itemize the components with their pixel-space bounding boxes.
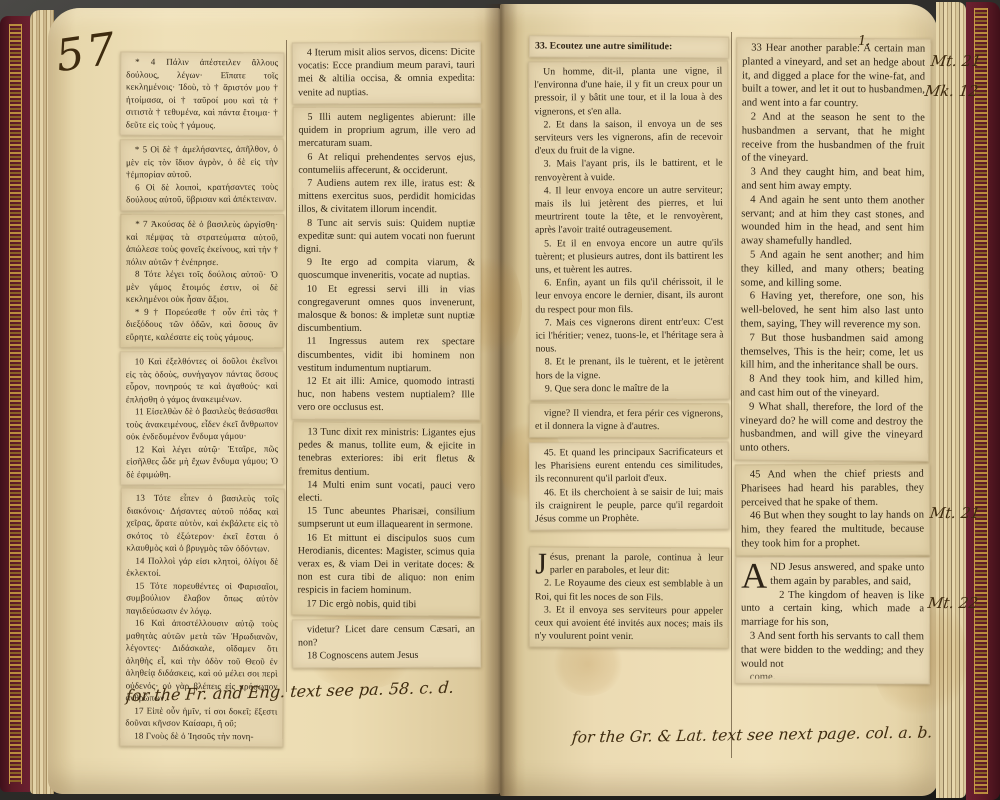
verse-paragraph: 4 Iterum misit alios servos, dicens: Dic… xyxy=(298,46,475,100)
pasted-clipping: 13 Τότε εἶπεν ὁ βασιλεὺς τοῖς διακόνοις·… xyxy=(119,487,285,747)
french-text-column: 33. Ecoutez une autre similitude: Un hom… xyxy=(529,36,729,648)
margin-note-matthew-21-mid: Mt. 21 xyxy=(929,504,982,522)
verse-paragraph: 9 What shall, therefore, the lord of the… xyxy=(740,400,923,456)
verse-paragraph: 10 Et egressi servi illi in vias congreg… xyxy=(298,282,475,335)
verse-paragraph: 6 Οἱ δὲ λοιποὶ, κρατήσαντες τοὺς δούλους… xyxy=(126,180,278,206)
verse-paragraph: 46. Et ils cherchoient à se saisir de lu… xyxy=(535,485,723,526)
verse-paragraph: 8 Τότε λέγει τοῖς δούλοις αὑτοῦ· Ὁ μὲν γ… xyxy=(126,267,278,305)
pasted-clipping: 4 Iterum misit alios servos, dicens: Dic… xyxy=(292,42,481,105)
pasted-clipping: 33. Ecoutez une autre similitude: xyxy=(529,35,729,58)
verse-paragraph: 17 Dic ergò nobis, quid tibi xyxy=(297,598,474,612)
margin-note-matthew-22: Mt. 22 xyxy=(927,594,980,612)
verse-paragraph: 5 Illi autem negligentes abierunt: ille … xyxy=(298,111,475,151)
section-heading: 33. Ecoutez une autre similitude: xyxy=(535,39,723,53)
pasted-clipping: AND Jesus answered, and spake unto them … xyxy=(735,556,930,684)
verse-paragraph: 46 But when they sought to lay hands on … xyxy=(741,509,924,551)
verse-paragraph: 2 And at the season he sent to the husba… xyxy=(742,110,925,166)
verse-group: 2 The kingdom of heaven is like unto a c… xyxy=(741,588,924,671)
verse-paragraph: 7. Mais ces vignerons dirent entr'eux: C… xyxy=(535,316,723,357)
verse-paragraph: 14 Multi enim sunt vocati, pauci vero el… xyxy=(298,479,475,506)
verse-paragraph: 4 And again he sent unto them another se… xyxy=(741,193,924,249)
verse-paragraph: 13 Tunc dixit rex ministris: Ligantes ej… xyxy=(298,426,475,480)
verse-paragraph: 3. Mais l'ayant pris, ils le battirent, … xyxy=(535,157,723,184)
column-rule-right-page xyxy=(731,32,732,758)
verse-paragraph: 6. Enfin, ayant un fils qu'il chérissoit… xyxy=(535,276,723,317)
drop-cap-letter: J xyxy=(535,550,550,576)
greek-text-column: * 4 Πάλιν ἀπέστειλεν ἄλλους δούλους, λέγ… xyxy=(120,52,284,747)
verse-paragraph: 5. Et il en envoya encore un autre qu'il… xyxy=(535,236,723,277)
verse-paragraph: 8 And they took him, and killed him, and… xyxy=(740,373,923,402)
pasted-clipping: 10 Καὶ ἐξελθόντες οἱ δοῦλοι ἐκεῖνοι εἰς … xyxy=(120,350,285,485)
book-gutter xyxy=(484,4,518,796)
verse-paragraph: Jésus, prenant la parole, continua à leu… xyxy=(535,550,723,578)
verse-paragraph: 2. Et dans la saison, il envoya un de se… xyxy=(534,118,722,159)
verse-text: ND Jesus answered, and spake unto them a… xyxy=(770,561,924,586)
verse-paragraph: 2. Le Royaume des cieux est semblable à … xyxy=(535,577,723,605)
verse-paragraph: * 9 † Πορεύεσθε † οὖν ἐπὶ τὰς † διεξόδου… xyxy=(126,305,278,343)
verse-paragraph: 14 Πολλοὶ γάρ εἰσι κλητοὶ, ὀλίγοι δὲ ἐκλ… xyxy=(126,554,278,580)
pasted-clipping: 45 And when the chief priests and Pharis… xyxy=(735,463,930,556)
latin-text-column: 4 Iterum misit alios servos, dicens: Dic… xyxy=(292,42,481,668)
verse-paragraph: 3 And sent forth his servants to call th… xyxy=(741,629,924,671)
verse-paragraph: 3. Et il envoya ses serviteurs pour appe… xyxy=(535,603,723,644)
verse-paragraph: 12 Καὶ λέγει αὐτῷ· Ἑταῖρε, πῶς εἰσῆλθες … xyxy=(126,442,278,480)
verse-paragraph: * 4 Πάλιν ἀπέστειλεν ἄλλους δούλους, λέγ… xyxy=(126,56,278,132)
pasted-clipping: * 5 Οἱ δὲ † ἀμελήσαντες, ἀπῆλθον, ὁ μὲν … xyxy=(120,139,284,211)
verse-paragraph: 15 Τότε πορευθέντες οἱ Φαρισαῖοι, συμβού… xyxy=(126,579,278,617)
pasted-clipping: Un homme, dit-il, planta une vigne, il l… xyxy=(528,61,730,401)
pasted-clipping: 45. Et quand les principaux Sacrificateu… xyxy=(529,441,729,530)
verse-paragraph: 2 The kingdom of heaven is like unto a c… xyxy=(741,588,924,630)
verse-paragraph: 18 Γνοὺς δὲ ὁ Ἰησοῦς τὴν πονη- xyxy=(125,729,277,742)
verse-paragraph: 6 Having yet, therefore, one son, his we… xyxy=(740,290,923,333)
verse-paragraph: Un homme, dit-il, planta une vigne, il l… xyxy=(534,65,722,119)
margin-note-mark-12: Mk. 12 xyxy=(924,82,980,100)
english-text-column: 33 Hear another parable: A certain man p… xyxy=(735,38,930,684)
verse-paragraph: 13 Τότε εἶπεν ὁ βασιλεὺς τοῖς διακόνοις·… xyxy=(126,491,278,554)
page-edges-right xyxy=(936,2,966,798)
verse-paragraph: 3 And they caught him, and beat him, and… xyxy=(741,166,924,195)
verse-paragraph: 15 Tunc abeuntes Pharisæi, consilium sum… xyxy=(298,505,475,532)
verse-paragraph: 5 And again he sent another; and him the… xyxy=(741,248,924,291)
verse-paragraph: 16 Et mittunt ei discipulos suos cum Her… xyxy=(298,532,475,599)
verse-group: 2. Le Royaume des cieux est semblable à … xyxy=(535,577,723,644)
verse-paragraph: 6 At reliqui prehendentes servos ejus, c… xyxy=(298,150,475,177)
verse-paragraph: 45. Et quand les principaux Sacrificateu… xyxy=(535,445,723,486)
drop-cap-letter: A xyxy=(741,560,770,590)
verse-paragraph: 7 Audiens autem rex ille, iratus est: & … xyxy=(298,177,475,217)
pasted-clipping: 13 Tunc dixit rex ministris: Ligantes ej… xyxy=(291,422,481,617)
pasted-clipping: * 4 Πάλιν ἀπέστειλεν ἄλλους δούλους, λέγ… xyxy=(120,51,285,136)
verse-paragraph: vigne? Il viendra, et fera périr ces vig… xyxy=(535,407,723,434)
verse-paragraph: 12 Et ait illi: Amice, quomodo intrasti … xyxy=(297,375,474,415)
verse-paragraph: 8 Tunc ait servis suis: Quidem nuptiæ ex… xyxy=(298,216,475,256)
photo-open-book: { "book": { "page_number": "57.", "notes… xyxy=(0,0,1000,800)
verse-paragraph: 11 Ingressus autem rex spectare discumbe… xyxy=(298,335,475,375)
verse-paragraph: 8. Et le prenant, ils le tuèrent, et le … xyxy=(536,355,724,382)
verse-paragraph: 9 Ite ergo ad compita viarum, & quoscumq… xyxy=(298,256,475,283)
book-cover-right xyxy=(966,2,1000,800)
handwritten-insertion-mark: 1. xyxy=(858,34,870,49)
pasted-clipping: 5 Illi autem negligentes abierunt: ille … xyxy=(291,106,481,419)
pasted-clipping: Jésus, prenant la parole, continua à leu… xyxy=(529,546,730,649)
verse-paragraph: * 5 Οἱ δὲ † ἀμελήσαντες, ἀπῆλθον, ὁ μὲν … xyxy=(126,143,278,181)
verse-paragraph: 11 Εἰσελθὼν δὲ ὁ βασιλεὺς θεάσασθαι τοὺς… xyxy=(126,404,278,442)
verse-paragraph: 10 Καὶ ἐξελθόντες οἱ δοῦλοι ἐκεῖνοι εἰς … xyxy=(126,354,278,405)
verse-paragraph: 4. Il leur envoya encore un autre servit… xyxy=(535,184,723,238)
pasted-clipping: videtur? Licet dare censum Cæsari, an no… xyxy=(292,619,481,669)
verse-paragraph: videtur? Licet dare censum Cæsari, an no… xyxy=(298,623,475,650)
margin-note-matthew-21: Mt. 21 xyxy=(930,52,983,70)
verse-paragraph: 17 Εἰπὲ οὖν ἡμῖν, τί σοι δοκεῖ; ἔξεστι δ… xyxy=(125,704,277,730)
pasted-clipping: vigne? Il viendra, et fera périr ces vig… xyxy=(529,403,729,439)
pasted-clipping: 33 Hear another parable: A certain man p… xyxy=(734,37,932,461)
verse-paragraph: 45 And when the chief priests and Pharis… xyxy=(741,467,924,509)
book-cover-left xyxy=(0,16,30,792)
pasted-clipping: * 7 Ἀκούσας δὲ ὁ βασιλεὺς ὠργίσθη· καὶ π… xyxy=(120,213,284,348)
verse-paragraph: * 7 Ἀκούσας δὲ ὁ βασιλεὺς ὠργίσθη· καὶ π… xyxy=(126,217,278,268)
column-rule-left-page xyxy=(286,40,287,692)
cut-off-line: come. xyxy=(741,671,924,680)
verse-paragraph: AND Jesus answered, and spake unto them … xyxy=(741,560,924,588)
verse-paragraph: 9. Que sera donc le maître de la xyxy=(536,382,724,396)
verse-paragraph: 33 Hear another parable: A certain man p… xyxy=(742,41,925,111)
verse-text: ésus, prenant la parole, continua à leur… xyxy=(550,551,723,576)
verse-paragraph: 18 Cognoscens autem Jesus xyxy=(298,649,475,663)
verse-paragraph: 7 But those husbandmen said among themse… xyxy=(740,331,923,374)
